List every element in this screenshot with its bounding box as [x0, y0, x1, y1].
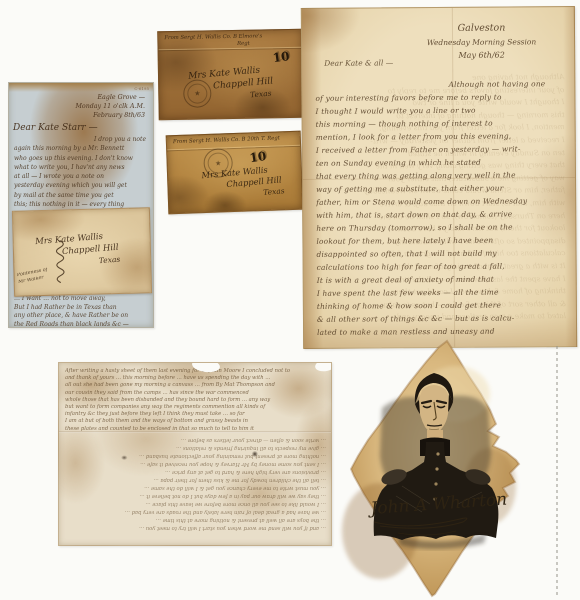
letter-body: Although not having oneof your interesti…: [315, 77, 567, 339]
catalog-mark: C-6195: [134, 86, 149, 91]
letter-footer: … I want … not to move away,But I had Ra…: [14, 295, 149, 328]
script-line: … the boys are all well at present & not…: [65, 516, 326, 524]
sender-line: From Sergt H. Wallis Co. B 20th T. Regt: [173, 135, 294, 146]
postage-rate-stamp: 10: [248, 149, 267, 165]
scan-edge-artifact: [556, 346, 558, 598]
script-line: May 6th/62: [397, 48, 566, 62]
script-line: whole those that has been disbanded and …: [65, 397, 326, 404]
script-line: what to write you, I hav'nt any news: [14, 163, 149, 172]
script-line: … you must write to me every chance you …: [65, 484, 326, 492]
letter-salutation: Dear Kate Starr —: [13, 123, 98, 133]
letter-heading: GalvestonWednesday Morning SessionMay 6t…: [397, 21, 566, 62]
script-line: who goes up this evening. I don't know: [14, 154, 149, 163]
wharton-portrait: John A Wharton: [338, 336, 538, 600]
script-line: by mail at the same time you get: [14, 191, 149, 200]
script-line: our cousin they said from the camps … ha…: [65, 390, 326, 397]
sender-line: From Sergt H. Wallis Co. B Elmore's: [164, 33, 295, 42]
script-line: and thank of yours … this morning before…: [65, 375, 326, 382]
wallis-envelope-top: From Sergt H. Wallis Co. B Elmore's Regt…: [157, 29, 304, 121]
script-line: infantry &c they just before they left I…: [65, 411, 326, 418]
postmark-star-icon: ★: [215, 159, 222, 167]
script-line: Eagle Grove —: [29, 93, 145, 102]
script-line: I am at but of both them and the ways of…: [65, 418, 326, 425]
letter-body-front: After writing a hasty sheet of them last…: [65, 368, 326, 433]
envelope-address: Mrs Kate WallisChappell HillTexas: [35, 227, 149, 272]
letter-heading: Eagle Grove —Monday 11 o'clk A.M.Februar…: [29, 93, 145, 120]
script-line: February 8th/63: [29, 111, 145, 120]
script-line: … tell all the children howdy for me & k…: [65, 476, 326, 484]
script-line: … I would like to see you all once more …: [65, 500, 326, 508]
folded-letter: After writing a hasty sheet of them last…: [58, 362, 332, 546]
script-line: all out she had been gone my morning a c…: [65, 382, 326, 389]
script-line: … give my respects to all inquiring frie…: [65, 444, 326, 452]
postage-rate-stamp: 10: [272, 49, 290, 65]
script-line: but want to form companies any way the r…: [65, 404, 326, 411]
envelope-address: Mrs Kate WallisChappell HillTexas: [188, 63, 275, 106]
eagle-grove-letter: C-6195 Eagle Grove —Monday 11 o'clk A.M.…: [8, 82, 154, 328]
script-line: I drop you a note: [14, 135, 149, 144]
script-line: … nothing more at present but remaining …: [65, 452, 326, 460]
letter-body: I drop you a noteagain this morning by a…: [14, 135, 149, 209]
script-line: yesterday evening which you will get: [14, 181, 149, 190]
script-line: any other place, & have Rather be on: [14, 312, 149, 321]
galveston-letter: Although not having oneof your interesti…: [301, 6, 577, 349]
sender-line-2: Regt: [237, 41, 250, 47]
script-line: … write soon & often — direct your lette…: [65, 436, 326, 444]
script-line: Although not having one: [315, 77, 565, 92]
script-line: But I had Rather be in Texas than: [14, 304, 149, 313]
script-line: again this morning by a Mr. Bennett: [14, 144, 149, 153]
script-line: Monday 11 o'clk A.M.: [29, 102, 145, 111]
scanned-documents-collage: C-6195 Eagle Grove —Monday 11 o'clk A.M.…: [0, 0, 580, 600]
kate-wallis-envelope-overlay: Mrs Kate WallisChappell HillTexas Polite…: [12, 207, 152, 297]
letter-body-reverse: … and if you will send me word when you …: [65, 436, 326, 532]
script-line: Wednesday Morning Session: [397, 35, 566, 49]
fold-crease: [59, 431, 331, 433]
script-line: … I sent you some money by Mr Harvey & h…: [65, 460, 326, 468]
envelope-address: Mrs Kate WallisChappell HillTexas: [201, 163, 285, 203]
script-line: Galveston: [397, 21, 566, 36]
portrait-engraving: John A Wharton: [338, 336, 538, 600]
script-line: … provisions are very high here & hard t…: [65, 468, 326, 476]
script-line: at all — I wrote you a note on: [14, 172, 149, 181]
letter-salutation: Dear Kate & all —: [324, 58, 393, 67]
script-line: … they say we will draw our pay in a few…: [65, 492, 326, 500]
script-line: … I want … not to move away,: [14, 295, 149, 304]
script-line: … we have had a great deal of rain here …: [65, 508, 326, 516]
courtesy-note: Politeness ofMr Walker: [17, 268, 50, 286]
script-line: … and if you will send me word when you …: [65, 524, 326, 532]
script-line: the Red Roads than black lands &c —: [14, 321, 149, 328]
wallis-envelope-bottom: From Sergt H. Wallis Co. B 20th T. Regt …: [166, 131, 304, 215]
